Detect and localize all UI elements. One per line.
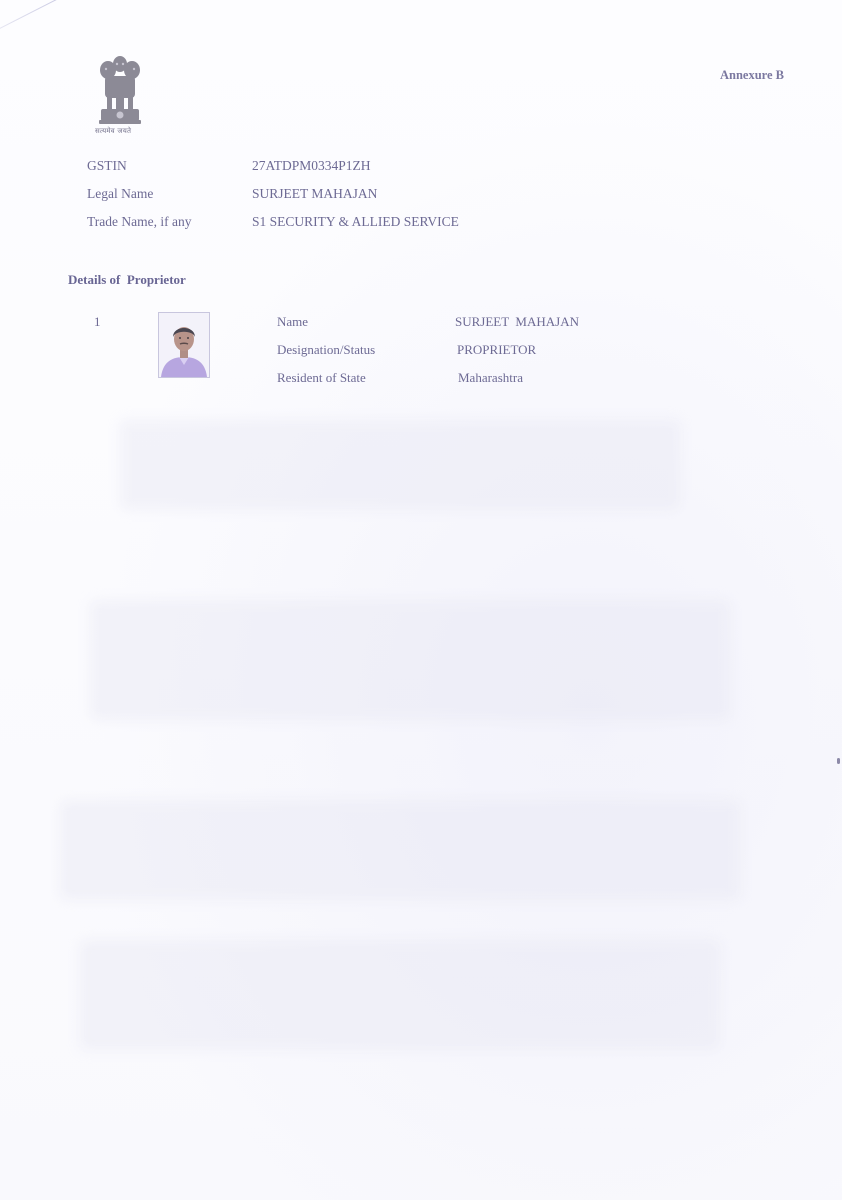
person-photo-icon	[159, 313, 209, 377]
scan-shadow	[60, 800, 740, 900]
gstin-label: GSTIN	[87, 158, 252, 174]
proprietor-state-value: Maharashtra	[458, 370, 523, 386]
proprietor-serial: 1	[94, 314, 101, 330]
scan-speck	[837, 758, 840, 764]
page-fold-line	[0, 0, 132, 39]
trade-name-value: S1 SECURITY & ALLIED SERVICE	[252, 214, 459, 230]
legal-name-value: SURJEET MAHAJAN	[252, 186, 377, 202]
document-page: सत्यमेव जयते Annexure B GSTIN 27ATDPM033…	[0, 0, 842, 1200]
trade-name-row: Trade Name, if any S1 SECURITY & ALLIED …	[87, 214, 459, 230]
gstin-value: 27ATDPM0334P1ZH	[252, 158, 371, 174]
scan-shadow	[90, 600, 730, 720]
legal-name-label: Legal Name	[87, 186, 252, 202]
proprietor-photo	[158, 312, 210, 378]
legal-name-row: Legal Name SURJEET MAHAJAN	[87, 186, 377, 202]
proprietor-designation-value: PROPRIETOR	[457, 342, 536, 358]
emblem-motto: सत्यमेव जयते	[95, 127, 131, 136]
proprietor-name-label: Name	[277, 314, 455, 330]
proprietor-name-value: SURJEET MAHAJAN	[455, 314, 579, 330]
proprietor-name-row: Name SURJEET MAHAJAN	[277, 314, 579, 330]
trade-name-label: Trade Name, if any	[87, 214, 252, 230]
section-title-proprietor: Details of Proprietor	[68, 272, 186, 288]
annexure-label: Annexure B	[720, 68, 784, 83]
gstin-row: GSTIN 27ATDPM0334P1ZH	[87, 158, 371, 174]
proprietor-state-row: Resident of State Maharashtra	[277, 370, 523, 386]
scan-shadow	[120, 420, 680, 510]
proprietor-state-label: Resident of State	[277, 370, 455, 386]
scan-shadow	[80, 940, 720, 1050]
proprietor-designation-row: Designation/Status PROPRIETOR	[277, 342, 536, 358]
proprietor-designation-label: Designation/Status	[277, 342, 455, 358]
